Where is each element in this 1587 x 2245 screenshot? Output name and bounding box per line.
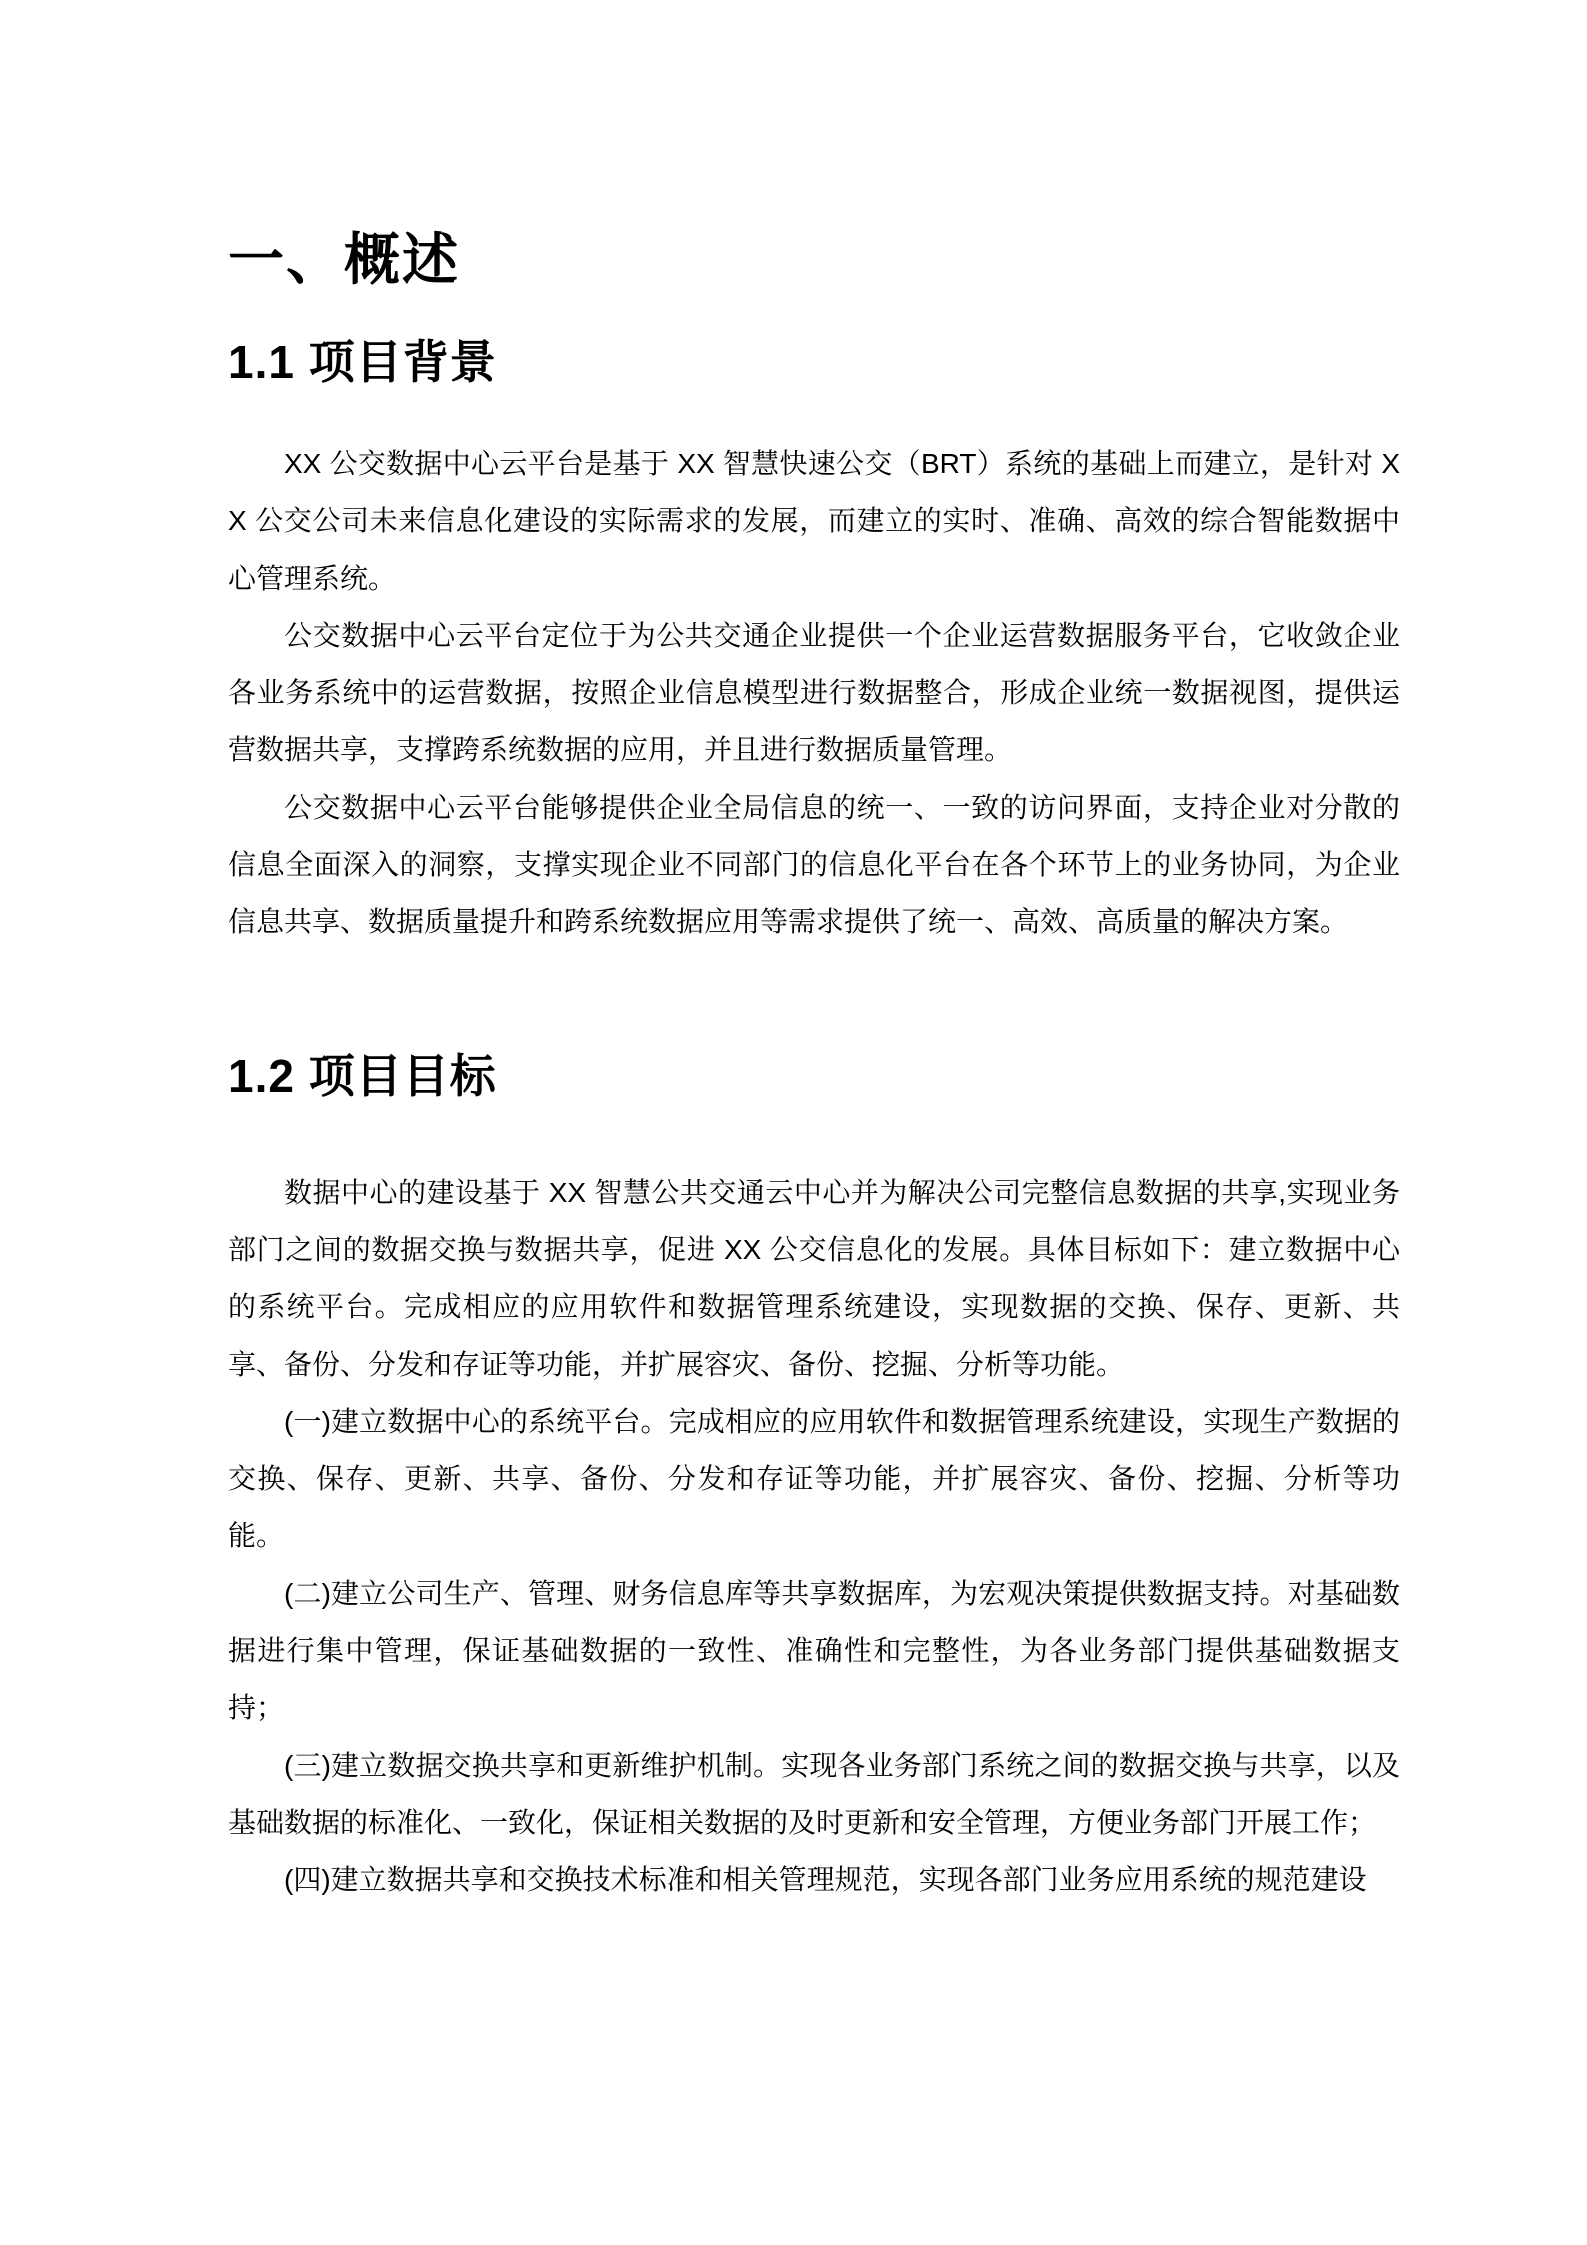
paragraph: 数据中心的建设基于 XX 智慧公共交通云中心并为解决公司完整信息数据的共享,实现… — [228, 1164, 1400, 1393]
document-content: 一、概述 1.1 项目背景 XX 公交数据中心云平台是基于 XX 智慧快速公交（… — [228, 0, 1400, 1909]
paragraph: 公交数据中心云平台定位于为公共交通企业提供一个企业运营数据服务平台，它收敛企业各… — [228, 607, 1400, 779]
paragraph: (三)建立数据交换共享和更新维护机制。实现各业务部门系统之间的数据交换与共享，以… — [228, 1737, 1400, 1852]
paragraph: XX 公交数据中心云平台是基于 XX 智慧快速公交（BRT）系统的基础上而建立，… — [228, 435, 1400, 607]
section-heading-1-2: 1.2 项目目标 — [228, 1048, 1400, 1104]
chapter-heading: 一、概述 — [228, 0, 1400, 293]
paragraph: 公交数据中心云平台能够提供企业全局信息的统一、一致的访问界面，支持企业对分散的信… — [228, 779, 1400, 951]
paragraph: (二)建立公司生产、管理、财务信息库等共享数据库，为宏观决策提供数据支持。对基础… — [228, 1565, 1400, 1737]
section-1-2-body: 数据中心的建设基于 XX 智慧公共交通云中心并为解决公司完整信息数据的共享,实现… — [228, 1164, 1400, 1909]
paragraph: (四)建立数据共享和交换技术标准和相关管理规范，实现各部门业务应用系统的规范建设 — [228, 1851, 1400, 1908]
document-page: 一、概述 1.1 项目背景 XX 公交数据中心云平台是基于 XX 智慧快速公交（… — [0, 0, 1587, 2245]
section-1-1-body: XX 公交数据中心云平台是基于 XX 智慧快速公交（BRT）系统的基础上而建立，… — [228, 435, 1400, 951]
paragraph: (一)建立数据中心的系统平台。完成相应的应用软件和数据管理系统建设，实现生产数据… — [228, 1393, 1400, 1565]
section-heading-1-1: 1.1 项目背景 — [228, 334, 1400, 390]
